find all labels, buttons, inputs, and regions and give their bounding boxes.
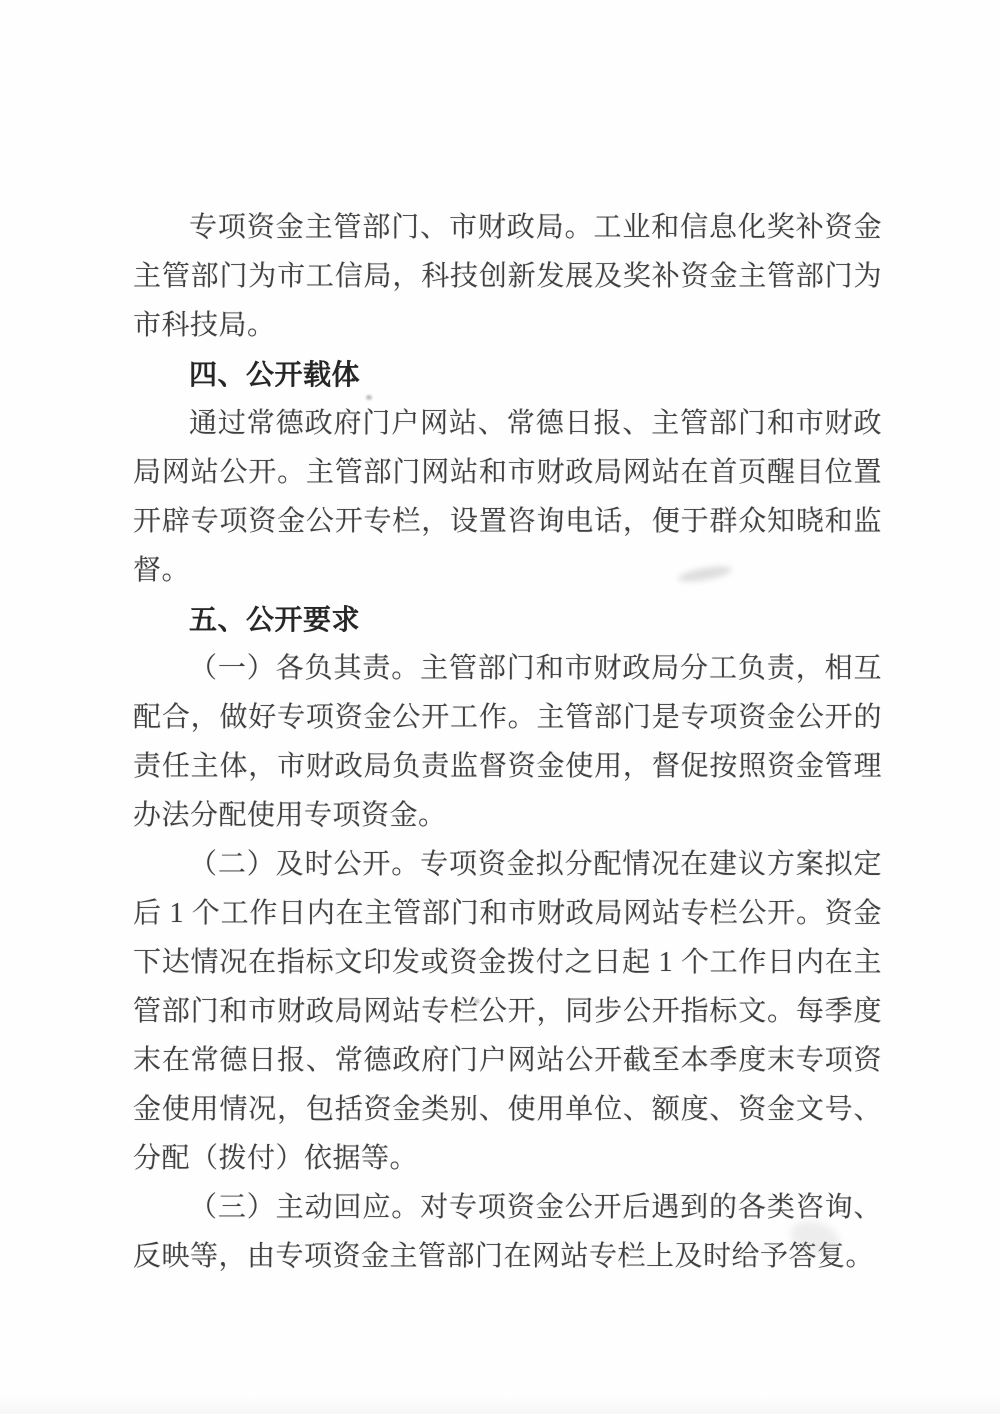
paragraph-disclosure-carriers: 通过常德政府门户网站、常德日报、主管部门和市财政局网站公开。主管部门网站和市财政… — [133, 399, 882, 595]
section-heading-4-disclosure-carriers: 四、公开载体 — [133, 350, 882, 399]
paragraph-item-1-responsibilities: （一）各负其责。主管部门和市财政局分工负责，相互配合，做好专项资金公开工作。主管… — [133, 644, 882, 840]
section-heading-5-disclosure-requirements: 五、公开要求 — [133, 595, 882, 644]
scanned-document-page: 专项资金主管部门、市财政局。工业和信息化奖补资金主管部门为市工信局，科技创新发展… — [0, 0, 1000, 1414]
document-text-block: 专项资金主管部门、市财政局。工业和信息化奖补资金主管部门为市工信局，科技创新发展… — [133, 203, 882, 1281]
scan-edge-shadow — [0, 1396, 1000, 1414]
paragraph-item-3-active-response: （三）主动回应。对专项资金公开后遇到的各类咨询、反映等，由专项资金主管部门在网站… — [133, 1183, 882, 1281]
paragraph-fund-departments: 专项资金主管部门、市财政局。工业和信息化奖补资金主管部门为市工信局，科技创新发展… — [133, 203, 882, 350]
paragraph-item-2-timely-disclosure: （二）及时公开。专项资金拟分配情况在建议方案拟定后 1 个工作日内在主管部门和市… — [133, 840, 882, 1183]
